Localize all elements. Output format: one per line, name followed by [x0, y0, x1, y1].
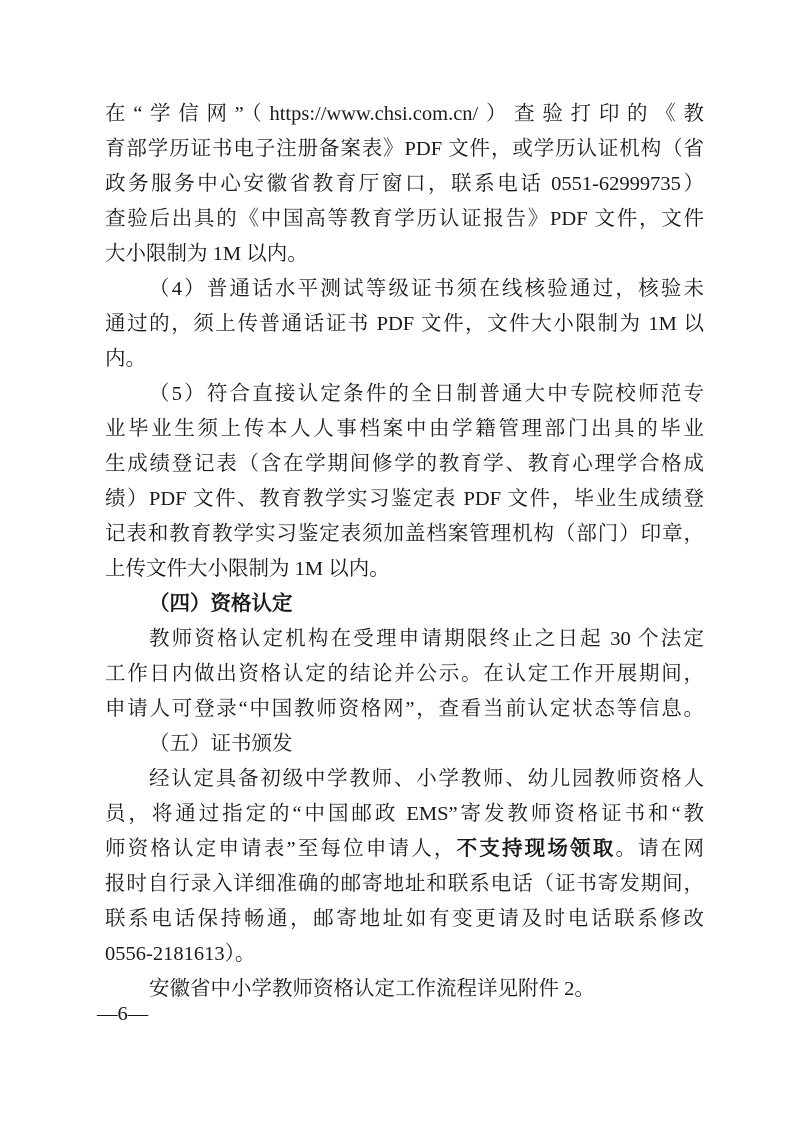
paragraph-line: 内。	[105, 342, 704, 377]
paragraph-line: 经认定具备初级中学教师、小学教师、幼儿园教师资格人	[105, 762, 704, 797]
document-body: 在“学信网”（https://www.chsi.com.cn/）查验打印的《教 …	[105, 97, 704, 1007]
paragraph-line: 业毕业生须上传本人人事档案中由学籍管理部门出具的毕业	[105, 412, 704, 447]
paragraph-text: 。请在网	[615, 838, 704, 860]
paragraph-line: 申请人可登录“中国教师资格网”，查看当前认定状态等信息。	[105, 692, 704, 727]
paragraph-line: 育部学历证书电子注册备案表》PDF 文件，或学历认证机构（省	[105, 132, 704, 167]
paragraph-line: 工作日内做出资格认定的结论并公示。在认定工作开展期间，	[105, 657, 704, 692]
paragraph-line: 通过的，须上传普通话证书 PDF 文件，文件大小限制为 1M 以	[105, 307, 704, 342]
paragraph-line-with-emphasis: 师资格认定申请表”至每位申请人，不支持现场领取。请在网	[105, 832, 704, 867]
paragraph-line-item-4: （4）普通话水平测试等级证书须在线核验通过，核验未	[105, 272, 704, 307]
paragraph-line: 记表和教育教学实习鉴定表须加盖档案管理机构（部门）印章，	[105, 517, 704, 552]
paragraph-line: 生成绩登记表（含在学期间修学的教育学、教育心理学合格成	[105, 447, 704, 482]
paragraph-line: 联系电话保持畅通，邮寄地址如有变更请及时电话联系修改	[105, 902, 704, 937]
paragraph-line-attachment-note: 安徽省中小学教师资格认定工作流程详见附件 2。	[105, 972, 704, 1007]
paragraph-text: 师资格认定申请表”至每位申请人，	[105, 838, 457, 860]
paragraph-line: 报时自行录入详细准确的邮寄地址和联系电话（证书寄发期间，	[105, 867, 704, 902]
section-heading-certificate-issuance: （五）证书颁发	[105, 727, 704, 762]
paragraph-line: 员，将通过指定的“中国邮政 EMS”寄发教师资格证书和“教	[105, 797, 704, 832]
paragraph-line: 教师资格认定机构在受理申请期限终止之日起 30 个法定	[105, 622, 704, 657]
paragraph-line: 上传文件大小限制为 1M 以内。	[105, 552, 704, 587]
section-heading-qualification-determination: （四）资格认定	[105, 587, 704, 622]
paragraph-line: 政务服务中心安徽省教育厅窗口，联系电话 0551-62999735）	[105, 167, 704, 202]
page-number: —6—	[97, 1000, 148, 1028]
paragraph-line: 0556-2181613）。	[105, 937, 704, 972]
emphasis-no-onsite-pickup: 不支持现场领取	[457, 838, 616, 860]
paragraph-line: 在“学信网”（https://www.chsi.com.cn/）查验打印的《教	[105, 97, 704, 132]
paragraph-line: 查验后出具的《中国高等教育学历认证报告》PDF 文件，文件	[105, 202, 704, 237]
paragraph-line: 绩）PDF 文件、教育教学实习鉴定表 PDF 文件，毕业生成绩登	[105, 482, 704, 517]
document-page: 在“学信网”（https://www.chsi.com.cn/）查验打印的《教 …	[0, 0, 793, 1122]
paragraph-line: 大小限制为 1M 以内。	[105, 237, 704, 272]
paragraph-line-item-5: （5）符合直接认定条件的全日制普通大中专院校师范专	[105, 377, 704, 412]
